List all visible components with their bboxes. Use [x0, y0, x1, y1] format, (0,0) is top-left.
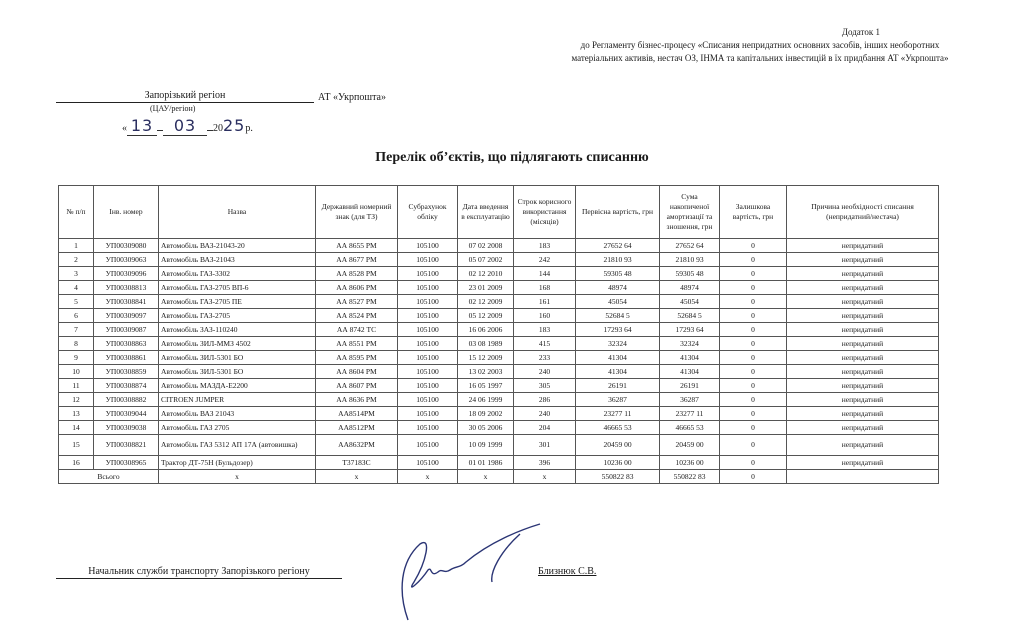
- table-row: 1УП00309080Автомобіль ВАЗ-21043-20АА 865…: [59, 239, 939, 253]
- table-cell: 0: [720, 393, 787, 407]
- total-cell: [787, 470, 939, 484]
- table-cell: Автомобіль МАЗДА-Е2200: [159, 379, 316, 393]
- table-cell: 240: [514, 407, 576, 421]
- table-cell: 105100: [398, 337, 458, 351]
- table-cell: 161: [514, 295, 576, 309]
- total-cell: х: [514, 470, 576, 484]
- table-cell: АА 8606 РМ: [316, 281, 398, 295]
- table-cell: 30 05 2006: [458, 421, 514, 435]
- table-cell: Автомобіль ГАЗ-2705 ПЕ: [159, 295, 316, 309]
- table-cell: 32324: [660, 337, 720, 351]
- table-cell: 26191: [576, 379, 660, 393]
- table-cell: 2: [59, 253, 94, 267]
- table-cell: Автомобіль ВАЗ 21043: [159, 407, 316, 421]
- table-cell: 9: [59, 351, 94, 365]
- table-cell: Автомобіль ВАЗ-21043: [159, 253, 316, 267]
- table-cell: 03 08 1989: [458, 337, 514, 351]
- table-cell: 105100: [398, 267, 458, 281]
- table-cell: 01 01 1986: [458, 456, 514, 470]
- table-cell: непридатний: [787, 323, 939, 337]
- table-cell: 45054: [660, 295, 720, 309]
- table-cell: УП00309044: [94, 407, 159, 421]
- table-cell: УП00308882: [94, 393, 159, 407]
- total-label: Всього: [59, 470, 159, 484]
- table-cell: УП00308813: [94, 281, 159, 295]
- table-cell: 32324: [576, 337, 660, 351]
- date-year-suffix: 25: [223, 116, 245, 135]
- table-cell: 105100: [398, 281, 458, 295]
- page-title: Перелік об’єктів, що підлягають списанню: [0, 150, 1024, 166]
- table-cell: 5: [59, 295, 94, 309]
- table-cell: 23277 11: [660, 407, 720, 421]
- table-cell: АА8514РМ: [316, 407, 398, 421]
- table-cell: 204: [514, 421, 576, 435]
- annex-text: до Регламенту бізнес-процесу «Списания н…: [560, 39, 960, 65]
- table-cell: 20459 00: [660, 435, 720, 456]
- table-cell: 0: [720, 295, 787, 309]
- table-cell: АА 8677 РМ: [316, 253, 398, 267]
- table-cell: УП00308874: [94, 379, 159, 393]
- table-cell: 0: [720, 281, 787, 295]
- table-cell: 8: [59, 337, 94, 351]
- table-row: 6УП00309097Автомобіль ГАЗ-2705АА 8524 РМ…: [59, 309, 939, 323]
- table-cell: 286: [514, 393, 576, 407]
- table-cell: 15: [59, 435, 94, 456]
- total-cell: х: [458, 470, 514, 484]
- table-cell: УП00308821: [94, 435, 159, 456]
- table-cell: 41304: [576, 365, 660, 379]
- table-cell: 05 07 2002: [458, 253, 514, 267]
- table-cell: CITROEN JUMPER: [159, 393, 316, 407]
- table-cell: Автомобіль ЗАЗ-110240: [159, 323, 316, 337]
- table-cell: УП00309087: [94, 323, 159, 337]
- table-cell: УП00309096: [94, 267, 159, 281]
- table-row: 15УП00308821Автомобіль ГАЗ 5312 АП 17А (…: [59, 435, 939, 456]
- table-row: 8УП00308863Автомобіль ЗИЛ-ММЗ 4502АА 855…: [59, 337, 939, 351]
- annex-note: Додаток 1 до Регламенту бізнес-процесу «…: [560, 26, 960, 65]
- write-off-table: № п/пІнв. номерНазваДержавний номерний з…: [58, 185, 939, 484]
- table-cell: 305: [514, 379, 576, 393]
- table-cell: непридатний: [787, 456, 939, 470]
- table-cell: непридатний: [787, 295, 939, 309]
- table-cell: 4: [59, 281, 94, 295]
- table-cell: 36287: [576, 393, 660, 407]
- total-cell: 550822 83: [660, 470, 720, 484]
- table-cell: 105100: [398, 456, 458, 470]
- table-cell: 20459 00: [576, 435, 660, 456]
- table-header-row: № п/пІнв. номерНазваДержавний номерний з…: [59, 186, 939, 239]
- table-cell: 11: [59, 379, 94, 393]
- table-cell: УП00308861: [94, 351, 159, 365]
- table-cell: 27652 64: [576, 239, 660, 253]
- table-cell: 14: [59, 421, 94, 435]
- table-cell: 105100: [398, 351, 458, 365]
- table-cell: 48974: [576, 281, 660, 295]
- date-day: 13: [127, 116, 157, 136]
- signatory-position: Начальник служби транспорту Запорізького…: [56, 566, 342, 579]
- table-cell: 10236 00: [576, 456, 660, 470]
- table-cell: АА8632РМ: [316, 435, 398, 456]
- table-cell: 52684 5: [660, 309, 720, 323]
- table-cell: АА8512РМ: [316, 421, 398, 435]
- column-header: Строк корисного використання (місяців): [514, 186, 576, 239]
- table-cell: 15 12 2009: [458, 351, 514, 365]
- table-cell: АА 8636 РМ: [316, 393, 398, 407]
- column-header: Інв. номер: [94, 186, 159, 239]
- table-cell: 10236 00: [660, 456, 720, 470]
- table-cell: 05 12 2009: [458, 309, 514, 323]
- column-header: Причина необхідності списання (непридатн…: [787, 186, 939, 239]
- table-cell: 07 02 2008: [458, 239, 514, 253]
- table-cell: 0: [720, 351, 787, 365]
- table-cell: УП00309063: [94, 253, 159, 267]
- column-header: № п/п: [59, 186, 94, 239]
- total-cell: х: [159, 470, 316, 484]
- table-cell: 0: [720, 407, 787, 421]
- table-cell: Автомобіль ГАЗ-3302: [159, 267, 316, 281]
- table-cell: Автомобіль ГАЗ-2705: [159, 309, 316, 323]
- table-cell: 144: [514, 267, 576, 281]
- table-cell: Автомобіль ВАЗ-21043-20: [159, 239, 316, 253]
- table-cell: Т3718ЗС: [316, 456, 398, 470]
- column-header: Державний номерний знак (для ТЗ): [316, 186, 398, 239]
- table-cell: 02 12 2009: [458, 295, 514, 309]
- table-cell: 16 06 2006: [458, 323, 514, 337]
- table-cell: 12: [59, 393, 94, 407]
- table-cell: непридатний: [787, 407, 939, 421]
- table-cell: 13 02 2003: [458, 365, 514, 379]
- table-cell: 105100: [398, 309, 458, 323]
- table-cell: 0: [720, 309, 787, 323]
- table-cell: 41304: [576, 351, 660, 365]
- table-cell: 36287: [660, 393, 720, 407]
- table-row: 14УП00309038Автомобіль ГАЗ 2705АА8512РМ1…: [59, 421, 939, 435]
- table-cell: 6: [59, 309, 94, 323]
- table-cell: АА 8595 РМ: [316, 351, 398, 365]
- table-cell: Трактор ДТ-75Н (Бульдозер): [159, 456, 316, 470]
- table-cell: 242: [514, 253, 576, 267]
- table-row: 7УП00309087Автомобіль ЗАЗ-110240АА 8742 …: [59, 323, 939, 337]
- table-cell: 105100: [398, 393, 458, 407]
- table-cell: 46665 53: [660, 421, 720, 435]
- table-cell: 0: [720, 323, 787, 337]
- table-cell: 18 09 2002: [458, 407, 514, 421]
- table-cell: непридатний: [787, 393, 939, 407]
- table-cell: непридатний: [787, 379, 939, 393]
- table-cell: Автомобіль ЗИЛ-5301 БО: [159, 351, 316, 365]
- table-cell: Автомобіль ГАЗ-2705 ВП-6: [159, 281, 316, 295]
- date-suffix: р.: [245, 123, 253, 134]
- table-cell: 10 09 1999: [458, 435, 514, 456]
- table-cell: АА 8551 РМ: [316, 337, 398, 351]
- table-cell: 0: [720, 421, 787, 435]
- table-cell: 160: [514, 309, 576, 323]
- table-cell: 02 12 2010: [458, 267, 514, 281]
- table-cell: 1: [59, 239, 94, 253]
- table-row: 2УП00309063Автомобіль ВАЗ-21043АА 8677 Р…: [59, 253, 939, 267]
- column-header: Сума накопиченої амортизації та зношення…: [660, 186, 720, 239]
- document-date: «13032025р.: [122, 116, 253, 136]
- table-cell: непридатний: [787, 337, 939, 351]
- column-header: Назва: [159, 186, 316, 239]
- table-cell: 168: [514, 281, 576, 295]
- table-cell: 415: [514, 337, 576, 351]
- table-cell: УП00309038: [94, 421, 159, 435]
- table-cell: 105100: [398, 421, 458, 435]
- table-row: 12УП00308882CITROEN JUMPERАА 8636 РМ1051…: [59, 393, 939, 407]
- table-cell: 105100: [398, 239, 458, 253]
- table-cell: 105100: [398, 407, 458, 421]
- column-header: Первісна вартість, грн: [576, 186, 660, 239]
- table-cell: Автомобіль ЗИЛ-ММЗ 4502: [159, 337, 316, 351]
- table-cell: 0: [720, 456, 787, 470]
- table-cell: УП00308841: [94, 295, 159, 309]
- table-cell: непридатний: [787, 281, 939, 295]
- table-cell: 301: [514, 435, 576, 456]
- table-cell: 240: [514, 365, 576, 379]
- date-month: 03: [163, 116, 207, 136]
- total-cell: 550822 83: [576, 470, 660, 484]
- table-row: 9УП00308861Автомобіль ЗИЛ-5301 БОАА 8595…: [59, 351, 939, 365]
- table-cell: 396: [514, 456, 576, 470]
- table-cell: Автомобіль ГАЗ 2705: [159, 421, 316, 435]
- table-cell: непридатний: [787, 435, 939, 456]
- table-cell: УП00309080: [94, 239, 159, 253]
- table-cell: Автомобіль ЗИЛ-5301 БО: [159, 365, 316, 379]
- table-cell: АА 8604 РМ: [316, 365, 398, 379]
- table-cell: 27652 64: [660, 239, 720, 253]
- table-cell: 0: [720, 239, 787, 253]
- table-row: 3УП00309096Автомобіль ГАЗ-3302АА 8528 РМ…: [59, 267, 939, 281]
- table-cell: 105100: [398, 379, 458, 393]
- total-cell: 0: [720, 470, 787, 484]
- table-cell: УП00308859: [94, 365, 159, 379]
- table-cell: 46665 53: [576, 421, 660, 435]
- table-row: 10УП00308859Автомобіль ЗИЛ-5301 БОАА 860…: [59, 365, 939, 379]
- table-cell: 52684 5: [576, 309, 660, 323]
- table-cell: 41304: [660, 351, 720, 365]
- total-cell: х: [316, 470, 398, 484]
- region-caption: (ЦАУ/регіон): [150, 104, 195, 113]
- table-row: 5УП00308841Автомобіль ГАЗ-2705 ПЕАА 8527…: [59, 295, 939, 309]
- table-cell: 233: [514, 351, 576, 365]
- table-cell: непридатний: [787, 365, 939, 379]
- column-header: Дата введення в експлуатацію: [458, 186, 514, 239]
- table-cell: 105100: [398, 323, 458, 337]
- table-total-row: Всьогоххххх550822 83550822 830: [59, 470, 939, 484]
- table-cell: АА 8655 РМ: [316, 239, 398, 253]
- table-cell: АА 8607 РМ: [316, 379, 398, 393]
- date-year-prefix: 20: [213, 123, 223, 134]
- column-header: Субрахунок обліку: [398, 186, 458, 239]
- table-cell: 0: [720, 435, 787, 456]
- table-cell: 183: [514, 323, 576, 337]
- table-cell: 13: [59, 407, 94, 421]
- table-cell: Автомобіль ГАЗ 5312 АП 17А (автовишка): [159, 435, 316, 456]
- table-cell: 21810 93: [660, 253, 720, 267]
- table-cell: 183: [514, 239, 576, 253]
- table-cell: 0: [720, 337, 787, 351]
- table-row: 4УП00308813Автомобіль ГАЗ-2705 ВП-6АА 86…: [59, 281, 939, 295]
- table-cell: УП00308965: [94, 456, 159, 470]
- table-cell: АА 8742 ТС: [316, 323, 398, 337]
- signatory-name: Близнюк С.В.: [538, 566, 596, 577]
- table-cell: 26191: [660, 379, 720, 393]
- table-cell: 10: [59, 365, 94, 379]
- table-cell: 0: [720, 379, 787, 393]
- table-cell: непридатний: [787, 239, 939, 253]
- table-cell: 59305 48: [576, 267, 660, 281]
- table-cell: 0: [720, 253, 787, 267]
- table-cell: непридатний: [787, 267, 939, 281]
- table-cell: 59305 48: [660, 267, 720, 281]
- table-row: 11УП00308874Автомобіль МАЗДА-Е2200АА 860…: [59, 379, 939, 393]
- table-cell: 105100: [398, 435, 458, 456]
- table-cell: 17293 64: [576, 323, 660, 337]
- column-header: Залишкова вартість, грн: [720, 186, 787, 239]
- table-cell: 16 05 1997: [458, 379, 514, 393]
- table-cell: 24 06 1999: [458, 393, 514, 407]
- table-cell: 45054: [576, 295, 660, 309]
- table-row: 13УП00309044Автомобіль ВАЗ 21043АА8514РМ…: [59, 407, 939, 421]
- total-cell: х: [398, 470, 458, 484]
- table-cell: непридатний: [787, 421, 939, 435]
- region-field: Запорізький регіон: [56, 90, 314, 103]
- signature-mark: [380, 522, 550, 622]
- table-cell: 105100: [398, 365, 458, 379]
- annex-title: Додаток 1: [560, 26, 960, 39]
- table-cell: 0: [720, 365, 787, 379]
- table-cell: 17293 64: [660, 323, 720, 337]
- table-cell: АА 8527 РМ: [316, 295, 398, 309]
- table-cell: 105100: [398, 253, 458, 267]
- table-cell: УП00308863: [94, 337, 159, 351]
- table-cell: 21810 93: [576, 253, 660, 267]
- organization-name: АТ «Укрпошта»: [318, 92, 386, 103]
- table-cell: АА 8524 РМ: [316, 309, 398, 323]
- table-cell: 16: [59, 456, 94, 470]
- table-cell: УП00309097: [94, 309, 159, 323]
- table-cell: 0: [720, 267, 787, 281]
- table-cell: 23 01 2009: [458, 281, 514, 295]
- table-cell: непридатний: [787, 309, 939, 323]
- table-cell: 41304: [660, 365, 720, 379]
- table-cell: 105100: [398, 295, 458, 309]
- table-cell: 23277 11: [576, 407, 660, 421]
- table-cell: 48974: [660, 281, 720, 295]
- table-cell: АА 8528 РМ: [316, 267, 398, 281]
- table-row: 16УП00308965Трактор ДТ-75Н (Бульдозер)Т3…: [59, 456, 939, 470]
- table-cell: 7: [59, 323, 94, 337]
- table-cell: непридатний: [787, 351, 939, 365]
- table-cell: 3: [59, 267, 94, 281]
- table-cell: непридатний: [787, 253, 939, 267]
